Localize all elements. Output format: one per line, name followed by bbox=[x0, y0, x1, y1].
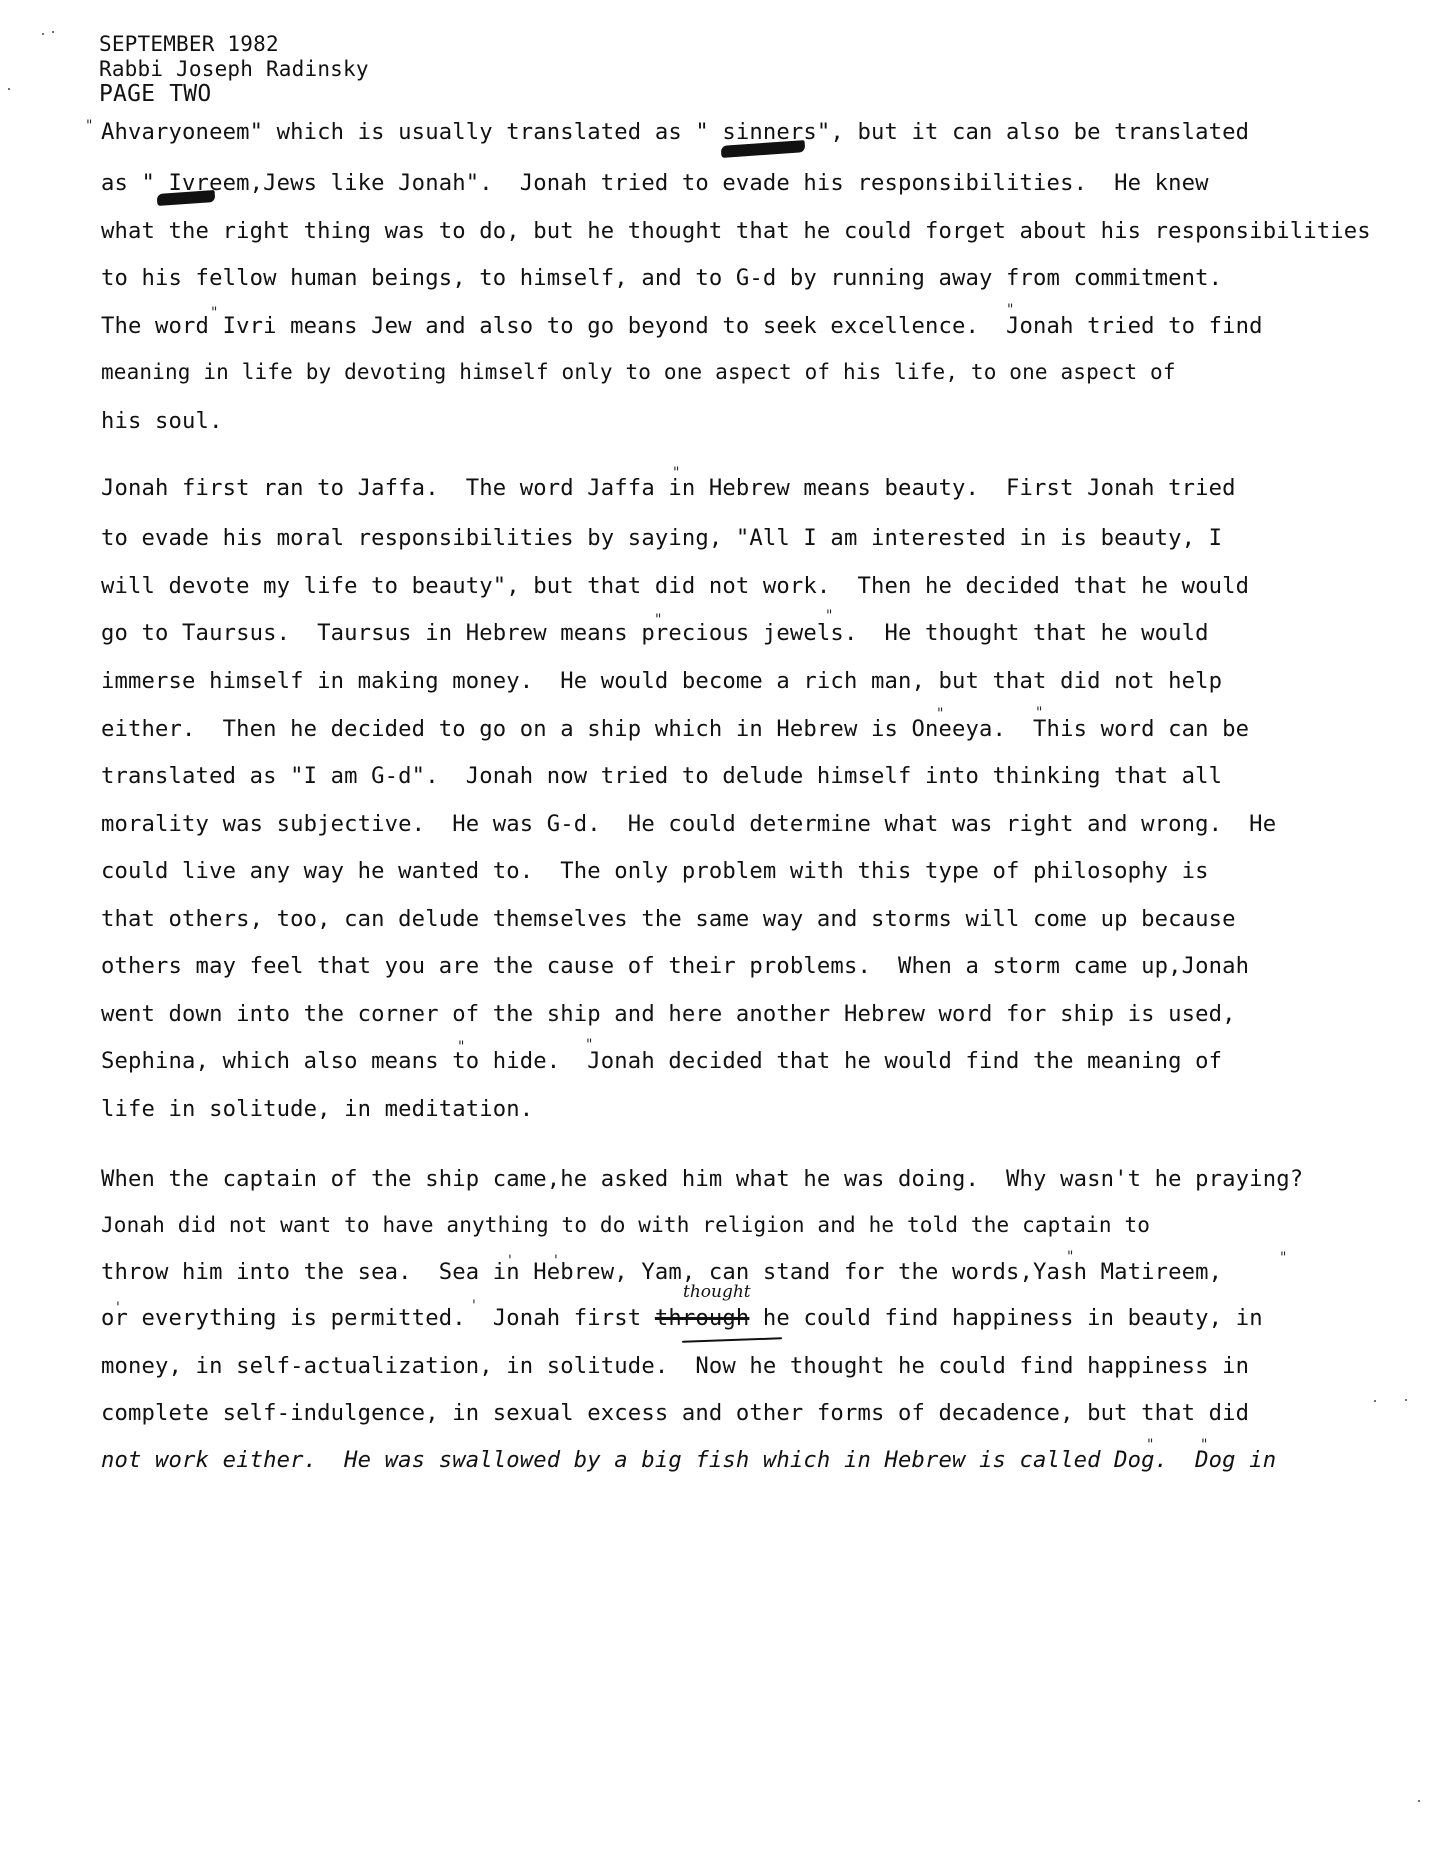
handwritten-quote-mark: " bbox=[937, 706, 943, 722]
struck-word: through bbox=[655, 1305, 750, 1331]
handwritten-underline bbox=[682, 1337, 782, 1342]
handwritten-quote-mark: ' bbox=[554, 1253, 558, 1269]
scan-speck bbox=[42, 33, 44, 35]
scan-speck bbox=[52, 31, 54, 33]
handwritten-quote-mark: " bbox=[458, 1039, 464, 1055]
handwritten-quote-mark: " bbox=[586, 1037, 592, 1053]
text-line: morality was subjective. He was G-d. He … bbox=[101, 811, 1276, 837]
text-line: Jonah did not want to have anything to d… bbox=[101, 1213, 1150, 1237]
text-line: Jonah first ran to Jaffa. The word Jaffa… bbox=[101, 475, 1236, 501]
handwritten-quote-mark: " bbox=[211, 305, 217, 321]
text-line: life in solitude, in meditation. bbox=[101, 1096, 533, 1122]
text-line: others may feel that you are the cause o… bbox=[101, 953, 1249, 979]
text-line: Sephina, which also means to hide. Jonah… bbox=[101, 1048, 1222, 1074]
text-line: When the captain of the ship came,he ask… bbox=[101, 1166, 1303, 1192]
handwritten-quote-mark: " bbox=[1036, 705, 1042, 721]
handwritten-quote-mark: " bbox=[86, 118, 92, 134]
handwritten-quote-mark: " bbox=[1007, 302, 1013, 318]
text-line: will devote my life to beauty", but that… bbox=[101, 573, 1249, 599]
text-line: either. Then he decided to go on a ship … bbox=[101, 716, 1249, 742]
header-author: Rabbi Joseph Radinsky bbox=[99, 57, 369, 82]
text-line: complete self-indulgence, in sexual exce… bbox=[101, 1400, 1249, 1426]
text-line: throw him into the sea. Sea in Hebrew, Y… bbox=[101, 1259, 1222, 1285]
text-line: money, in self-actualization, in solitud… bbox=[101, 1353, 1249, 1379]
handwritten-quote-mark: ' bbox=[508, 1253, 512, 1269]
handwritten-quote-mark: " bbox=[1067, 1249, 1073, 1265]
text-line: that others, too, can delude themselves … bbox=[101, 906, 1236, 932]
scan-speck bbox=[1374, 1400, 1376, 1402]
handwritten-quote-mark: ' bbox=[116, 1300, 120, 1316]
text-line: not work either. He was swallowed by a b… bbox=[101, 1447, 1276, 1473]
scan-speck bbox=[8, 88, 10, 90]
header-date: SEPTEMBER 1982 bbox=[99, 32, 369, 57]
handwritten-quote-mark: " bbox=[826, 608, 832, 624]
text-line: to evade his moral responsibilities by s… bbox=[101, 525, 1222, 551]
handwritten-quote-mark: " bbox=[655, 612, 661, 628]
redaction-mark bbox=[157, 190, 216, 206]
text-line-with-correction: or everything is permitted. Jonah first … bbox=[101, 1305, 1263, 1331]
header-page-label: PAGE TWO bbox=[99, 82, 369, 107]
scan-speck bbox=[1418, 1800, 1420, 1802]
scan-speck bbox=[1405, 1399, 1407, 1401]
text-line: The word Ivri means Jew and also to go b… bbox=[101, 313, 1263, 339]
handwritten-quote-mark: " bbox=[1147, 1437, 1153, 1453]
text-line: meaning in life by devoting himself only… bbox=[101, 360, 1176, 384]
line-remainder: he could find happiness in beauty, in bbox=[749, 1305, 1262, 1331]
text-line: what the right thing was to do, but he t… bbox=[101, 218, 1371, 244]
text-line: went down into the corner of the ship an… bbox=[101, 1001, 1236, 1027]
text-line: to his fellow human beings, to himself, … bbox=[101, 265, 1222, 291]
handwritten-quote-mark: " bbox=[673, 465, 679, 481]
document-header: SEPTEMBER 1982 Rabbi Joseph Radinsky PAG… bbox=[99, 32, 369, 107]
handwritten-quote-mark: " bbox=[1280, 1250, 1286, 1266]
handwritten-correction: thought bbox=[683, 1282, 751, 1302]
line-start: or everything is permitted. Jonah first bbox=[101, 1305, 641, 1331]
text-line: Ahvaryoneem" which is usually translated… bbox=[101, 119, 1249, 145]
handwritten-quote-mark: " bbox=[1201, 1437, 1207, 1453]
handwritten-quote-mark: ' bbox=[472, 1298, 476, 1314]
text-line: could live any way he wanted to. The onl… bbox=[101, 858, 1209, 884]
text-line: his soul. bbox=[101, 408, 223, 434]
text-line: as " Ivreem,Jews like Jonah". Jonah trie… bbox=[101, 170, 1209, 196]
text-line: immerse himself in making money. He woul… bbox=[101, 668, 1222, 694]
text-line: translated as "I am G-d". Jonah now trie… bbox=[101, 763, 1222, 789]
